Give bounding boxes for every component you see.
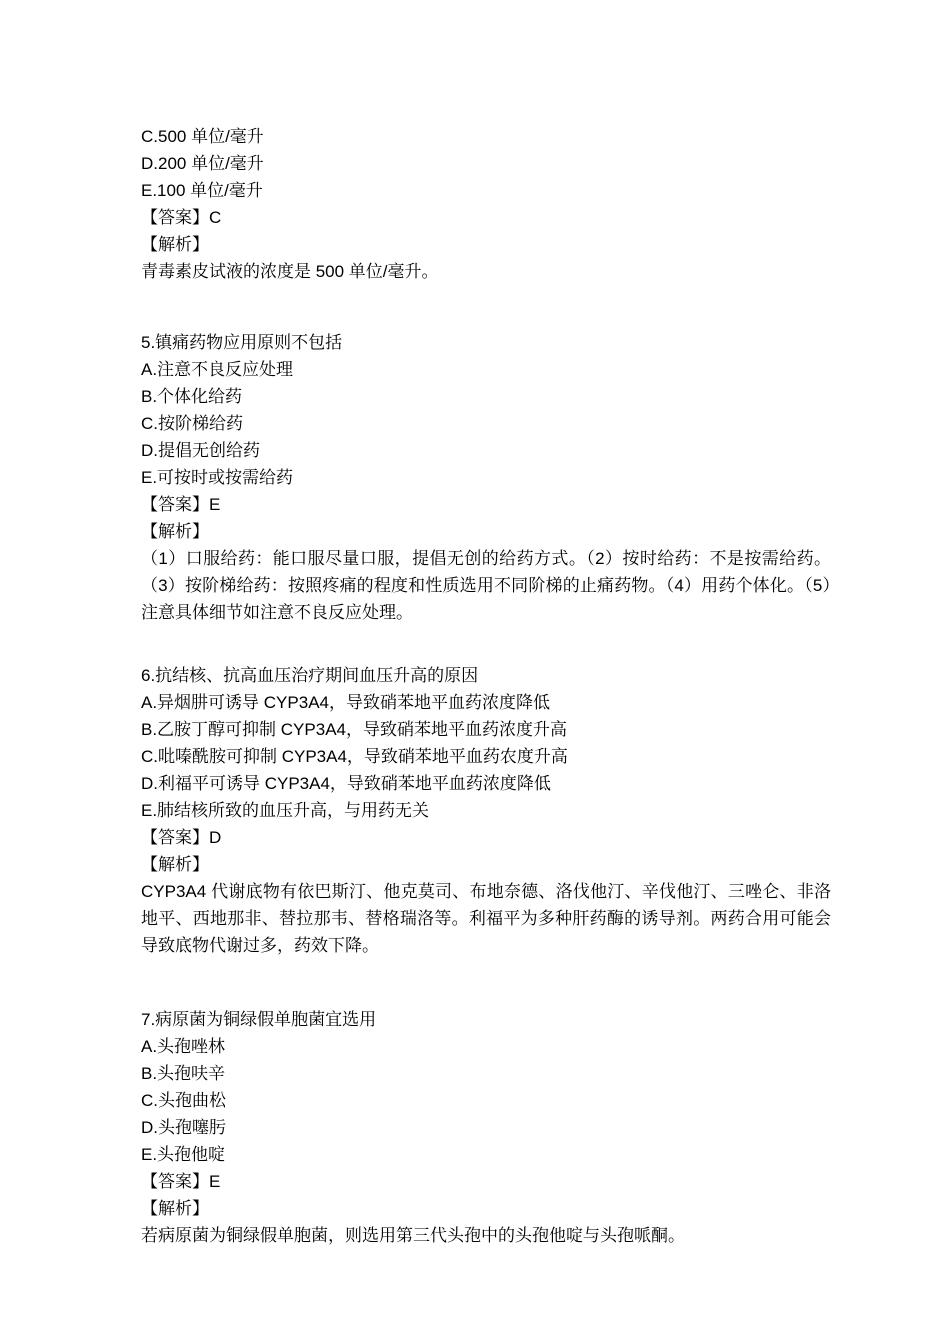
question-6-option-d: D.利福平可诱导 CYP3A4，导致硝苯地平血药浓度降低: [141, 770, 831, 797]
question-4-option-d: D.200 单位/毫升: [141, 150, 831, 177]
question-6-option-b: B.乙胺丁醇可抑制 CYP3A4，导致硝苯地平血药浓度升高: [141, 716, 831, 743]
question-6-analysis-label: 【解析】: [141, 851, 831, 878]
question-7-option-b: B.头孢呋辛: [141, 1060, 831, 1087]
question-5-option-c: C.按阶梯给药: [141, 410, 831, 437]
question-7-analysis-text: 若病原菌为铜绿假单胞菌，则选用第三代头孢中的头孢他啶与头孢哌酮。: [141, 1222, 831, 1249]
question-6-analysis-text: CYP3A4 代谢底物有依巴斯汀、他克莫司、布地奈德、洛伐他汀、辛伐他汀、三唑仑…: [141, 878, 831, 959]
question-5-option-b: B.个体化给药: [141, 383, 831, 410]
question-6-option-c: C.吡嗪酰胺可抑制 CYP3A4，导致硝苯地平血药农度升高: [141, 743, 831, 770]
question-4-analysis-text: 青毒素皮试液的浓度是 500 单位/毫升。: [141, 258, 831, 285]
question-5-answer-line: 【答案】E: [141, 491, 831, 518]
question-7-title: 7.病原菌为铜绿假单胞菌宜选用: [141, 1006, 831, 1033]
question-5-title: 5.镇痛药物应用原则不包括: [141, 329, 831, 356]
question-5-analysis-label: 【解析】: [141, 518, 831, 545]
question-6-title: 6.抗结核、抗高血压治疗期间血压升高的原因: [141, 662, 831, 689]
question-7-option-a: A.头孢唑林: [141, 1033, 831, 1060]
document-page: C.500 单位/毫升 D.200 单位/毫升 E.100 单位/毫升 【答案】…: [0, 0, 950, 1344]
question-7-option-d: D.头孢噻肟: [141, 1114, 831, 1141]
question-7-answer-line: 【答案】E: [141, 1168, 831, 1195]
question-7-option-e: E.头孢他啶: [141, 1141, 831, 1168]
question-6-option-e: E.肺结核所致的血压升高，与用药无关: [141, 797, 831, 824]
question-5-option-d: D.提倡无创给药: [141, 437, 831, 464]
question-4-option-e: E.100 单位/毫升: [141, 177, 831, 204]
question-6: 6.抗结核、抗高血压治疗期间血压升高的原因 A.异烟肼可诱导 CYP3A4，导致…: [141, 662, 831, 959]
question-7-analysis-label: 【解析】: [141, 1195, 831, 1222]
question-5-analysis-text: （1）口服给药：能口服尽量口服，提倡无创的给药方式。（2）按时给药：不是按需给药…: [141, 545, 831, 626]
question-5-option-a: A.注意不良反应处理: [141, 356, 831, 383]
question-5: 5.镇痛药物应用原则不包括 A.注意不良反应处理 B.个体化给药 C.按阶梯给药…: [141, 329, 831, 626]
question-5-option-e: E.可按时或按需给药: [141, 464, 831, 491]
question-6-answer-line: 【答案】D: [141, 824, 831, 851]
question-7: 7.病原菌为铜绿假单胞菌宜选用 A.头孢唑林 B.头孢呋辛 C.头孢曲松 D.头…: [141, 1006, 831, 1249]
question-4-answer-line: 【答案】C: [141, 204, 831, 231]
question-7-option-c: C.头孢曲松: [141, 1087, 831, 1114]
question-4-fragment: C.500 单位/毫升 D.200 单位/毫升 E.100 单位/毫升 【答案】…: [141, 123, 831, 285]
question-6-option-a: A.异烟肼可诱导 CYP3A4，导致硝苯地平血药浓度降低: [141, 689, 831, 716]
question-4-analysis-label: 【解析】: [141, 231, 831, 258]
question-4-option-c: C.500 单位/毫升: [141, 123, 831, 150]
